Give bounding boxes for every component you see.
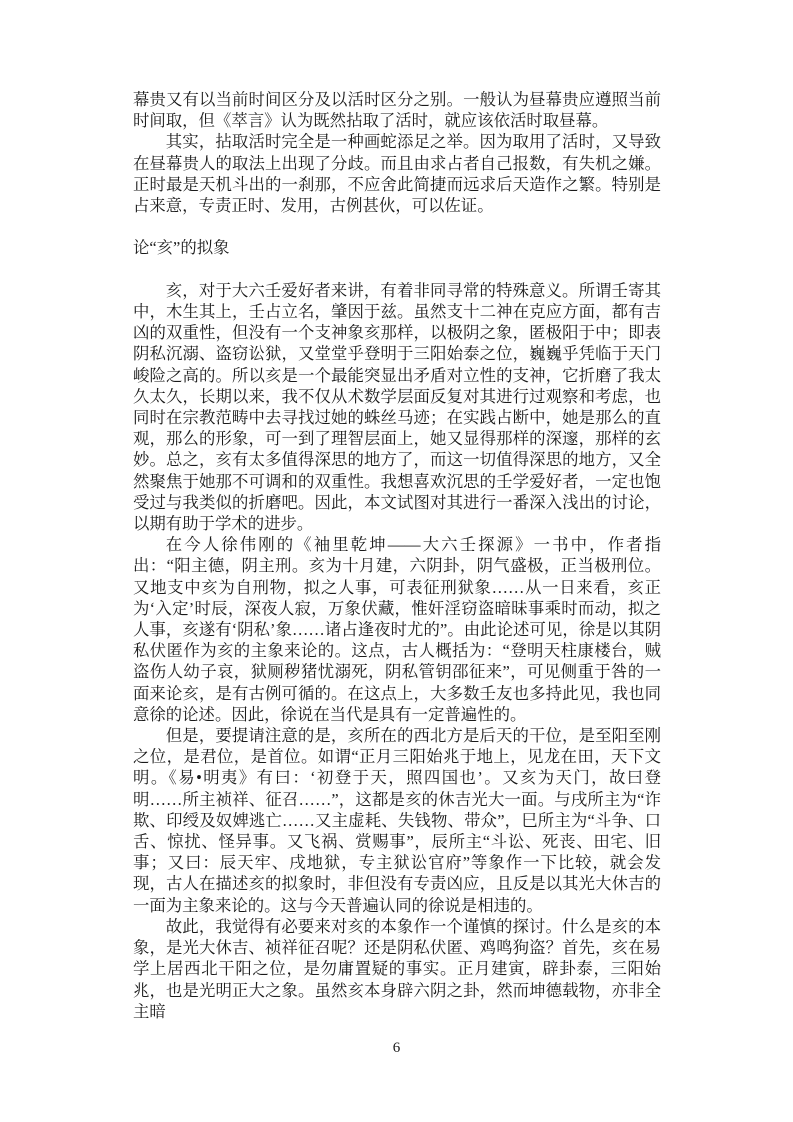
paragraph: 在今人徐伟刚的《袖里乾坤——大六壬探源》一书中，作者指出：“阳主德，阴主刑。亥为… [133, 534, 661, 725]
paragraph: 其实，拈取活时完全是一种画蛇添足之举。因为取用了活时，又导致在昼幕贵人的取法上出… [133, 131, 661, 216]
page-number: 6 [0, 1038, 793, 1058]
section-heading: 论“亥”的拟象 [133, 237, 661, 258]
paragraph: 亥，对于大六壬爱好者来讲，有着非同寻常的特殊意义。所谓壬寄其中，木生其上，壬占立… [133, 280, 661, 534]
paragraph: 幕贵又有以当前时间区分及以活时区分之别。一般认为昼幕贵应遵照当前时间取，但《萃言… [133, 89, 661, 131]
paragraph: 故此，我觉得有必要来对亥的本象作一个谨慎的探讨。什么是亥的本象，是光大休吉、祯祥… [133, 916, 661, 1022]
document-text: 幕贵又有以当前时间区分及以活时区分之别。一般认为昼幕贵应遵照当前时间取，但《萃言… [133, 89, 661, 1022]
document-page: 幕贵又有以当前时间区分及以活时区分之别。一般认为昼幕贵应遵照当前时间取，但《萃言… [0, 0, 793, 1122]
paragraph: 但是，要提请注意的是，亥所在的西北方是后天的干位，是至阳至刚之位，是君位，是首位… [133, 725, 661, 916]
